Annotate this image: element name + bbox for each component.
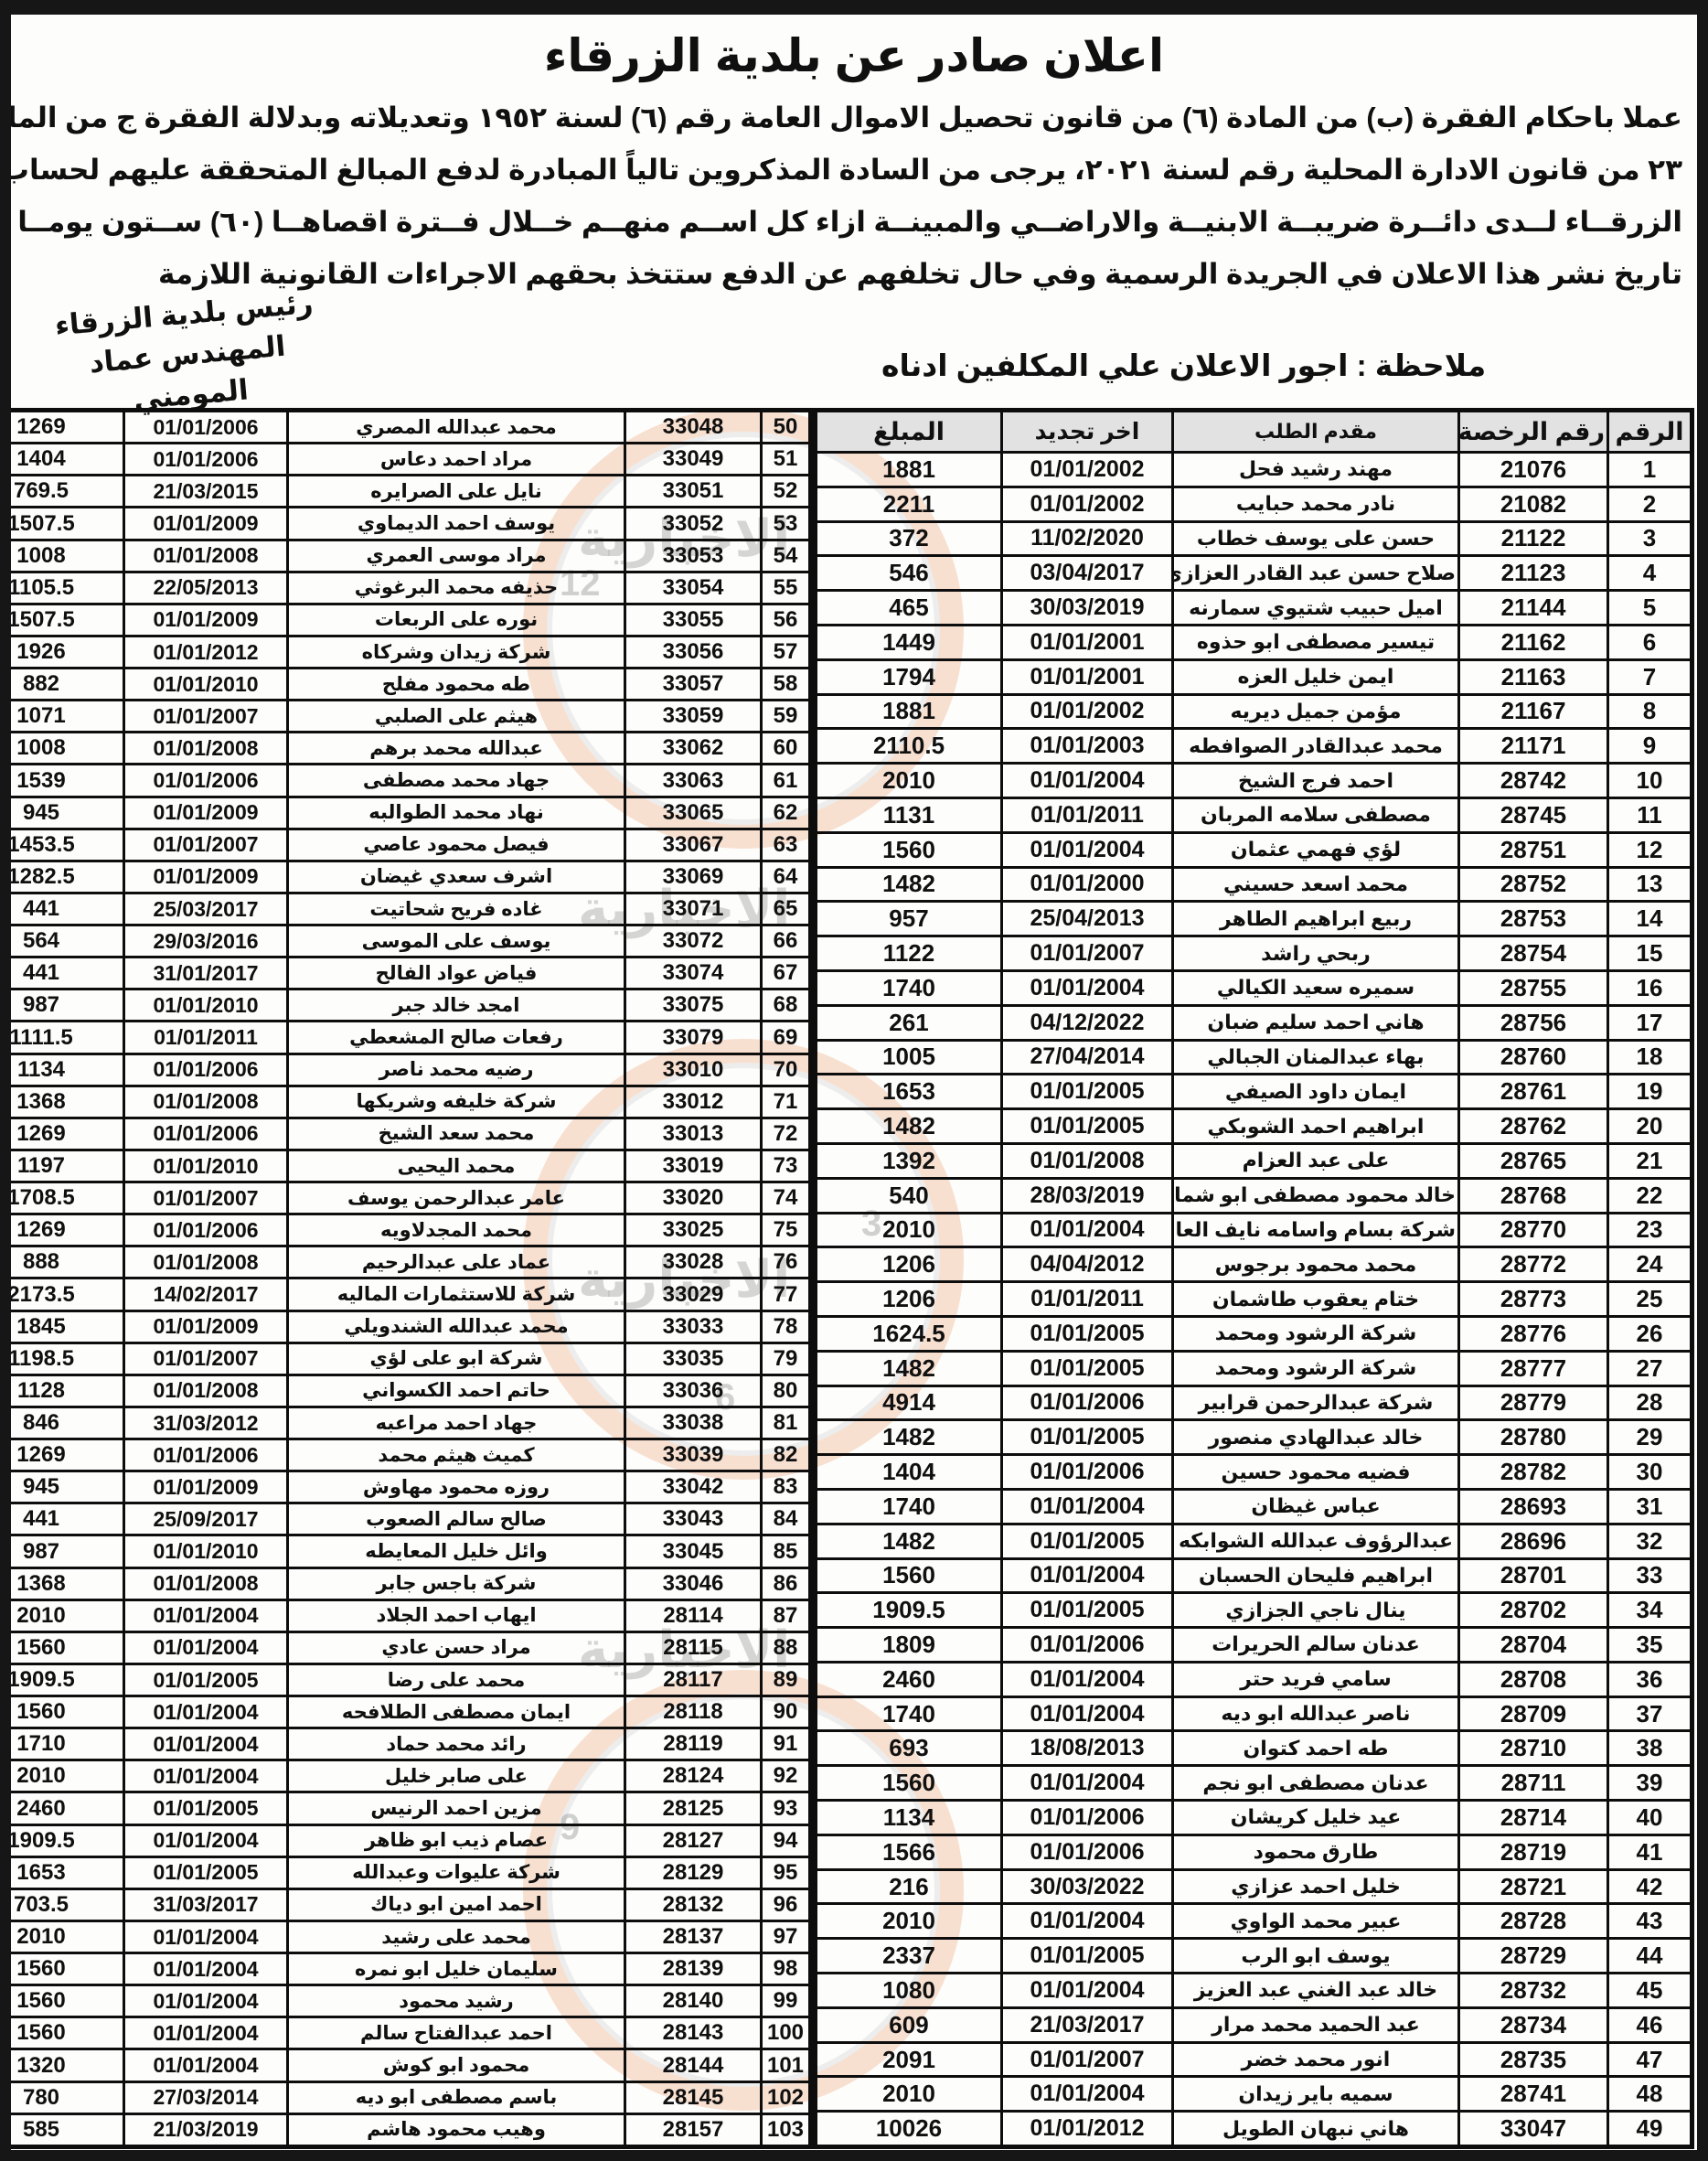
table-row: 321122حسن على يوسف خطاب11/02/2020372	[816, 521, 1692, 556]
table-row: 2228768خالد محمود مصطفى ابو شما28/03/201…	[816, 1178, 1692, 1213]
amount: 564	[0, 925, 124, 957]
amount: 957	[816, 902, 1002, 936]
row-number: 73	[762, 1150, 811, 1182]
renewal-date: 01/01/2004	[124, 1953, 288, 1985]
amount: 987	[0, 1535, 124, 1567]
row-number: 46	[1608, 2007, 1692, 2042]
applicant-name: بهاء عبدالمنان الجبالي	[1173, 1040, 1459, 1075]
license-number: 33072	[625, 925, 762, 957]
amount: 2010	[0, 1920, 124, 1952]
row-number: 102	[762, 2081, 811, 2113]
license-number: 28710	[1459, 1731, 1608, 1766]
applicant-name: محمد عبدالقادر الصوافطه	[1173, 729, 1459, 764]
table-row: 6033062عبدالله محمد برهم01/01/20081008	[0, 733, 811, 765]
amount: 882	[0, 669, 124, 701]
row-number: 51	[762, 444, 811, 476]
license-number: 28761	[1459, 1075, 1608, 1109]
applicant-name: محمد على رشيد	[288, 1920, 625, 1952]
table-row: 2628776شركة الرشود ومحمد01/01/20051624.5	[816, 1316, 1692, 1351]
applicant-name: على عبد العزام	[1173, 1143, 1459, 1178]
applicant-name: هاني احمد سليم ضبان	[1173, 1005, 1459, 1040]
amount: 1320	[0, 2049, 124, 2081]
amount: 1134	[816, 1801, 1002, 1835]
renewal-date: 01/01/2005	[1002, 1316, 1173, 1351]
row-number: 74	[762, 1182, 811, 1214]
applicant-name: رائد محمد حماد	[288, 1728, 625, 1760]
license-number: 28144	[625, 2049, 762, 2081]
amount: 1008	[0, 733, 124, 765]
applicant-name: يوسف احمد الديماوي	[288, 508, 625, 540]
amount: 1560	[0, 1985, 124, 2017]
amount: 546	[816, 556, 1002, 591]
row-number: 6	[1608, 625, 1692, 659]
table-row: 9128119رائد محمد حماد01/01/20041710	[0, 1728, 811, 1760]
paragraph-line: ٢٣ من قانون الادارة المحلية رقم لسنة ٢٠٢…	[26, 144, 1682, 196]
amount: 1566	[816, 1835, 1002, 1869]
row-number: 91	[762, 1728, 811, 1760]
amount: 1404	[816, 1455, 1002, 1490]
renewal-date: 27/03/2014	[124, 2081, 288, 2113]
amount: 2211	[816, 487, 1002, 521]
applicant-name: عدنان مصطفى ابو نجم	[1173, 1766, 1459, 1801]
renewal-date: 01/01/2009	[124, 1311, 288, 1343]
row-number: 39	[1608, 1766, 1692, 1801]
applicant-name: فيصل محمود عاصي	[288, 829, 625, 861]
row-number: 55	[762, 572, 811, 604]
table-row: 4933047هاني نبهان الطويل01/01/201210026	[816, 2112, 1692, 2147]
table-row: 1928761ايمان داود الصيفي01/01/20051653	[816, 1075, 1692, 1109]
license-number: 28745	[1459, 797, 1608, 832]
applicant-name: عبدالله محمد برهم	[288, 733, 625, 765]
row-number: 69	[762, 1022, 811, 1054]
table-row: 821167مؤمن جميل ديريه01/01/20021881	[816, 694, 1692, 729]
renewal-date: 01/01/2005	[1002, 1075, 1173, 1109]
row-number: 95	[762, 1856, 811, 1888]
amount: 1392	[816, 1143, 1002, 1178]
renewal-date: 01/01/2006	[1002, 1628, 1173, 1663]
amount: 216	[816, 1869, 1002, 1904]
table-row: 6233065نهاد محمد الطوالبه01/01/2009945	[0, 797, 811, 829]
amount: 945	[0, 797, 124, 829]
renewal-date: 01/01/2006	[1002, 1801, 1173, 1835]
license-number: 33059	[625, 701, 762, 733]
applicant-name: نوره على الربعات	[288, 604, 625, 636]
license-number: 28139	[625, 1953, 762, 1985]
row-number: 80	[762, 1375, 811, 1407]
license-number: 28780	[1459, 1420, 1608, 1455]
row-number: 30	[1608, 1455, 1692, 1490]
row-number: 41	[1608, 1835, 1692, 1869]
amount: 1008	[0, 540, 124, 572]
applicant-name: محمد محمود برجوس	[1173, 1247, 1459, 1282]
amount: 1845	[0, 1311, 124, 1343]
table-row: 7833033محمد عبدالله الشندويلي01/01/20091…	[0, 1311, 811, 1343]
license-number: 33038	[625, 1407, 762, 1439]
table-row: 2428772محمد محمود برجوس04/04/20121206	[816, 1247, 1692, 1282]
renewal-date: 01/01/2008	[124, 1246, 288, 1278]
renewal-date: 01/01/2006	[124, 1118, 288, 1150]
table-row: 8333042روزه محمود مهاوش01/01/2009945	[0, 1471, 811, 1503]
amount: 1482	[816, 1524, 1002, 1558]
amount: 1740	[816, 1696, 1002, 1731]
renewal-date: 01/01/2010	[124, 1535, 288, 1567]
license-number: 28114	[625, 1599, 762, 1631]
applicant-name: نهاد محمد الطوالبه	[288, 797, 625, 829]
license-number: 28776	[1459, 1316, 1608, 1351]
applicant-name: ايمان مصطفى الطلافحه	[288, 1696, 625, 1728]
applicant-name: احمد امين ابو دياك	[288, 1888, 625, 1920]
table-row: 921171محمد عبدالقادر الصوافطه01/01/20032…	[816, 729, 1692, 764]
row-number: 101	[762, 2049, 811, 2081]
applicant-name: شركة ابو على لؤي	[288, 1343, 625, 1375]
applicant-name: محمد سعد الشيخ	[288, 1118, 625, 1150]
paragraph-line: عملا باحكام الفقرة (ب) من المادة (٦) من …	[26, 91, 1682, 144]
table-row: 5333052يوسف احمد الديماوي01/01/20091507.…	[0, 508, 811, 540]
license-number: 28721	[1459, 1869, 1608, 1904]
fees-note: ملاحظة : اجور الاعلان علي المكلفين ادناه	[881, 348, 1486, 383]
row-number: 34	[1608, 1593, 1692, 1628]
license-number: 28751	[1459, 832, 1608, 867]
applicant-name: حذيفه محمد البرغوثي	[288, 572, 625, 604]
applicant-name: تيسير مصطفى ابو حذوه	[1173, 625, 1459, 659]
row-number: 54	[762, 540, 811, 572]
license-number: 28696	[1459, 1524, 1608, 1558]
amount: 1507.5	[0, 604, 124, 636]
amount: 1449	[816, 625, 1002, 659]
table-row: 10228145باسم مصطفى ابو ديه27/03/2014780	[0, 2081, 811, 2113]
renewal-date: 01/01/2007	[124, 701, 288, 733]
table-row: 5933059هيثم على الصلبي01/01/20071071	[0, 701, 811, 733]
table-row: 1628755سميره سعيد الكيالي01/01/20041740	[816, 970, 1692, 1005]
license-number: 28742	[1459, 764, 1608, 798]
renewal-date: 21/03/2017	[1002, 2007, 1173, 2042]
renewal-date: 01/01/2005	[1002, 1109, 1173, 1144]
renewal-date: 01/01/2009	[124, 508, 288, 540]
renewal-date: 01/01/2004	[1002, 970, 1173, 1005]
row-number: 83	[762, 1471, 811, 1503]
row-number: 56	[762, 604, 811, 636]
license-number: 28735	[1459, 2042, 1608, 2077]
table-row: 7033010رضيه محمد ناصر01/01/20061134	[0, 1054, 811, 1086]
amount: 1482	[816, 1109, 1002, 1144]
amount: 769.5	[0, 476, 124, 508]
renewal-date: 01/01/2011	[1002, 1282, 1173, 1317]
applicant-name: فضيه محمود حسين	[1173, 1455, 1459, 1490]
applicant-name: ربيع ابراهيم الطاهر	[1173, 902, 1459, 936]
renewal-date: 01/01/2004	[124, 1728, 288, 1760]
amount: 1539	[0, 765, 124, 797]
renewal-date: 01/01/2005	[1002, 1593, 1173, 1628]
row-number: 57	[762, 636, 811, 668]
applicant-name: جهاد محمد مصطفى	[288, 765, 625, 797]
license-number: 33052	[625, 508, 762, 540]
row-number: 97	[762, 1920, 811, 1952]
table-row: 6433069اشرف سعدي غيضان01/01/20091282.5	[0, 861, 811, 893]
renewal-date: 30/03/2019	[1002, 591, 1173, 626]
applicant-name: على صابر خليل	[288, 1760, 625, 1792]
applicant-name: حاتم احمد الكسواني	[288, 1375, 625, 1407]
row-number: 40	[1608, 1801, 1692, 1835]
renewal-date: 25/04/2013	[1002, 902, 1173, 936]
renewal-date: 21/03/2015	[124, 476, 288, 508]
row-number: 2	[1608, 487, 1692, 521]
table-row: 8633046شركة باجس جابر01/01/20081368	[0, 1567, 811, 1599]
license-number: 33019	[625, 1150, 762, 1182]
applicant-name: جهاد احمد مراعبه	[288, 1407, 625, 1439]
table-row: 8828115مراد حسن عادي01/01/20041560	[0, 1631, 811, 1664]
amount: 1560	[0, 1696, 124, 1728]
applicant-name: شركة عبدالرحمن قرابير	[1173, 1385, 1459, 1420]
license-number: 33033	[625, 1311, 762, 1343]
table-row: 2328770شركة بسام واسامه نايف العامودي01/…	[816, 1213, 1692, 1247]
row-number: 8	[1608, 694, 1692, 729]
announcement-page: 12 3 6 9 الاخبارية الاخبارية الاخبارية ا…	[0, 0, 1708, 2161]
table-row: 6333067فيصل محمود عاصي01/01/20071453.5	[0, 829, 811, 861]
applicant-name: امجد خالد جبر	[288, 990, 625, 1022]
applicant-name: ايمن خليل العزه	[1173, 659, 1459, 694]
renewal-date: 01/01/2004	[1002, 1213, 1173, 1247]
renewal-date: 14/02/2017	[124, 1278, 288, 1311]
applicant-name: عبد الحميد محمد مرار	[1173, 2007, 1459, 2042]
applicant-name: مهند رشيد فحل	[1173, 453, 1459, 487]
row-number: 45	[1608, 1974, 1692, 2008]
row-number: 87	[762, 1599, 811, 1631]
row-number: 64	[762, 861, 811, 893]
renewal-date: 01/01/2010	[124, 1150, 288, 1182]
license-number: 28140	[625, 1985, 762, 2017]
renewal-date: 01/01/2005	[1002, 1524, 1173, 1558]
row-number: 7	[1608, 659, 1692, 694]
license-number: 33067	[625, 829, 762, 861]
license-number: 21167	[1459, 694, 1608, 729]
table-row: 3428702ينال ناجي الجزازي01/01/20051909.5	[816, 1593, 1692, 1628]
amount: 1560	[816, 1766, 1002, 1801]
renewal-date: 01/01/2006	[124, 765, 288, 797]
license-number: 33062	[625, 733, 762, 765]
license-number: 28145	[625, 2081, 762, 2113]
table-row: 2728777شركة الرشود ومحمد01/01/20051482	[816, 1351, 1692, 1385]
row-number: 50	[762, 411, 811, 444]
header-applicant: مقدم الطلب	[1173, 411, 1459, 453]
applicant-name: خالد محمود مصطفى ابو شما	[1173, 1178, 1459, 1213]
amount: 1909.5	[0, 1664, 124, 1696]
table-row: 621162تيسير مصطفى ابو حذوه01/01/20011449	[816, 625, 1692, 659]
renewal-date: 01/01/2004	[124, 1599, 288, 1631]
amount: 2110.5	[816, 729, 1002, 764]
amount: 1197	[0, 1150, 124, 1182]
applicant-name: محمد اليحيى	[288, 1150, 625, 1182]
applicant-name: عصام ذيب ابو ظاهر	[288, 1824, 625, 1856]
license-number: 28115	[625, 1631, 762, 1664]
table-row: 1228751لؤي فهمي عثمان01/01/20041560	[816, 832, 1692, 867]
row-number: 76	[762, 1246, 811, 1278]
license-number: 21163	[1459, 659, 1608, 694]
amount: 261	[816, 1005, 1002, 1040]
row-number: 13	[1608, 867, 1692, 902]
amount: 1909.5	[816, 1593, 1002, 1628]
amount: 585	[0, 2113, 124, 2146]
row-number: 65	[762, 893, 811, 925]
applicant-name: ينال ناجي الجزازي	[1173, 1593, 1459, 1628]
renewal-date: 01/01/2004	[1002, 1766, 1173, 1801]
license-number: 33048	[625, 411, 762, 444]
amount: 780	[0, 2081, 124, 2113]
renewal-date: 25/03/2017	[124, 893, 288, 925]
applicant-name: عباس غيظان	[1173, 1489, 1459, 1524]
applicant-name: محمد اسعد حسيني	[1173, 867, 1459, 902]
row-number: 84	[762, 1503, 811, 1535]
renewal-date: 01/01/2011	[1002, 797, 1173, 832]
applicant-name: سميه باير زيدان	[1173, 2077, 1459, 2112]
amount: 1881	[816, 453, 1002, 487]
table-row: 6633072يوسف على الموسى29/03/2016564	[0, 925, 811, 957]
renewal-date: 28/03/2019	[1002, 1178, 1173, 1213]
licenses-table-right: الرقم رقم الرخصة مقدم الطلب اخر تجديد ال…	[813, 408, 1694, 2149]
row-number: 62	[762, 797, 811, 829]
applicant-name: شركة زيدان وشركاه	[288, 636, 625, 668]
table-row: 121076مهند رشيد فحل01/01/20021881	[816, 453, 1692, 487]
applicant-name: اميل حبيب شتيوي سمارنه	[1173, 591, 1459, 626]
row-number: 5	[1608, 591, 1692, 626]
applicant-name: ايمان داود الصيفي	[1173, 1075, 1459, 1109]
license-number: 33065	[625, 797, 762, 829]
applicant-name: نايل على الصرايره	[288, 476, 625, 508]
row-number: 22	[1608, 1178, 1692, 1213]
amount: 846	[0, 1407, 124, 1439]
renewal-date: 01/01/2002	[1002, 453, 1173, 487]
renewal-date: 31/03/2012	[124, 1407, 288, 1439]
renewal-date: 01/01/2004	[1002, 2077, 1173, 2112]
amount: 1740	[816, 970, 1002, 1005]
applicant-name: رفعات صالح المشعطي	[288, 1022, 625, 1054]
renewal-date: 01/01/2004	[1002, 764, 1173, 798]
row-number: 82	[762, 1439, 811, 1471]
amount: 1198.5	[0, 1343, 124, 1375]
applicant-name: حسن على يوسف خطاب	[1173, 521, 1459, 556]
table-row: 4228721خليل احمد عزازي30/03/2022216	[816, 1869, 1692, 1904]
table-row: 5033048محمد عبدالله المصري01/01/20061269	[0, 411, 811, 444]
row-number: 68	[762, 990, 811, 1022]
amount: 1206	[816, 1282, 1002, 1317]
license-number: 21171	[1459, 729, 1608, 764]
license-number: 33075	[625, 990, 762, 1022]
renewal-date: 04/12/2022	[1002, 1005, 1173, 1040]
row-number: 24	[1608, 1247, 1692, 1282]
amount: 2010	[816, 1904, 1002, 1939]
license-number: 28693	[1459, 1489, 1608, 1524]
table-row: 4828741سميه باير زيدان01/01/20042010	[816, 2077, 1692, 2112]
license-number: 28728	[1459, 1904, 1608, 1939]
applicant-name: محمد المجدلاويه	[288, 1214, 625, 1246]
amount: 888	[0, 1246, 124, 1278]
renewal-date: 01/01/2005	[1002, 1351, 1173, 1385]
applicant-name: كميث هيثم محمد	[288, 1439, 625, 1471]
applicant-name: شركة الرشود ومحمد	[1173, 1351, 1459, 1385]
renewal-date: 01/01/2006	[124, 444, 288, 476]
renewal-date: 01/01/2004	[124, 2017, 288, 2049]
page-title: اعلان صادر عن بلدية الزرقاء	[11, 29, 1697, 82]
renewal-date: 01/01/2000	[1002, 867, 1173, 902]
renewal-date: 01/01/2008	[124, 1375, 288, 1407]
license-number: 28124	[625, 1760, 762, 1792]
amount: 1368	[0, 1086, 124, 1118]
renewal-date: 01/01/2004	[1002, 832, 1173, 867]
table-row: 3028782فضيه محمود حسين01/01/20061404	[816, 1455, 1692, 1490]
renewal-date: 01/01/2005	[1002, 1939, 1173, 1974]
license-number: 33010	[625, 1054, 762, 1086]
applicant-name: صالح سالم الصعوب	[288, 1503, 625, 1535]
row-number: 59	[762, 701, 811, 733]
row-number: 90	[762, 1696, 811, 1728]
row-number: 17	[1608, 1005, 1692, 1040]
table-row: 8233039كميث هيثم محمد01/01/20061269	[0, 1439, 811, 1471]
table-row: 2128765على عبد العزام01/01/20081392	[816, 1143, 1692, 1178]
table-row: 1128745مصطفى سلامه المربان01/01/20111131	[816, 797, 1692, 832]
applicant-name: نادر محمد حبايب	[1173, 487, 1459, 521]
renewal-date: 27/04/2014	[1002, 1040, 1173, 1075]
renewal-date: 04/04/2012	[1002, 1247, 1173, 1282]
amount: 1560	[0, 1631, 124, 1664]
applicant-name: هيثم على الصلبي	[288, 701, 625, 733]
amount: 1482	[816, 1351, 1002, 1385]
announcement-paragraph: عملا باحكام الفقرة (ب) من المادة (٦) من …	[11, 91, 1697, 300]
renewal-date: 01/01/2004	[1002, 1974, 1173, 2008]
renewal-date: 01/01/2004	[1002, 1558, 1173, 1593]
amount: 1128	[0, 1375, 124, 1407]
license-number: 28753	[1459, 902, 1608, 936]
renewal-date: 01/01/2012	[1002, 2112, 1173, 2147]
applicant-name: مصطفى سلامه المربان	[1173, 797, 1459, 832]
applicant-name: سليمان خليل ابو نمره	[288, 1953, 625, 1985]
row-number: 38	[1608, 1731, 1692, 1766]
table-row: 8928117محمد على رضا01/01/20051909.5	[0, 1664, 811, 1696]
license-number: 28768	[1459, 1178, 1608, 1213]
renewal-date: 01/01/2004	[124, 2049, 288, 2081]
row-number: 77	[762, 1278, 811, 1311]
row-number: 1	[1608, 453, 1692, 487]
applicant-name: خالد عبدالهادي منصور	[1173, 1420, 1459, 1455]
license-number: 28702	[1459, 1593, 1608, 1628]
applicant-name: شركة الرشود ومحمد	[1173, 1316, 1459, 1351]
amount: 1134	[0, 1054, 124, 1086]
renewal-date: 01/01/2009	[124, 1471, 288, 1503]
table-row: 10128144محمود ابو كوش01/01/20041320	[0, 2049, 811, 2081]
license-number: 21123	[1459, 556, 1608, 591]
renewal-date: 01/01/2004	[1002, 1904, 1173, 1939]
table-row: 1428753ربيع ابراهيم الطاهر25/04/2013957	[816, 902, 1692, 936]
applicant-name: ربحي راشد	[1173, 936, 1459, 971]
row-number: 58	[762, 669, 811, 701]
license-number: 28127	[625, 1824, 762, 1856]
applicant-name: فياض عواد الفالح	[288, 957, 625, 990]
table-row: 9928140رشيد محمود01/01/20041560	[0, 1985, 811, 2017]
table-row: 5533054حذيفه محمد البرغوثي22/05/20131105…	[0, 572, 811, 604]
applicant-name: ناصر عبدالله ابو ديه	[1173, 1696, 1459, 1731]
amount: 1005	[816, 1040, 1002, 1075]
license-number: 28129	[625, 1856, 762, 1888]
amount: 1740	[816, 1489, 1002, 1524]
row-number: 35	[1608, 1628, 1692, 1663]
renewal-date: 01/01/2005	[1002, 1420, 1173, 1455]
amount: 1368	[0, 1567, 124, 1599]
table-row: 6533071غاده فريح شحاتيت25/03/2017441	[0, 893, 811, 925]
applicant-name: خالد عبد الغني عبد العزيز	[1173, 1974, 1459, 2008]
amount: 1482	[816, 1420, 1002, 1455]
row-number: 88	[762, 1631, 811, 1664]
renewal-date: 01/01/2004	[124, 1696, 288, 1728]
amount: 2460	[816, 1662, 1002, 1696]
license-number: 33053	[625, 540, 762, 572]
